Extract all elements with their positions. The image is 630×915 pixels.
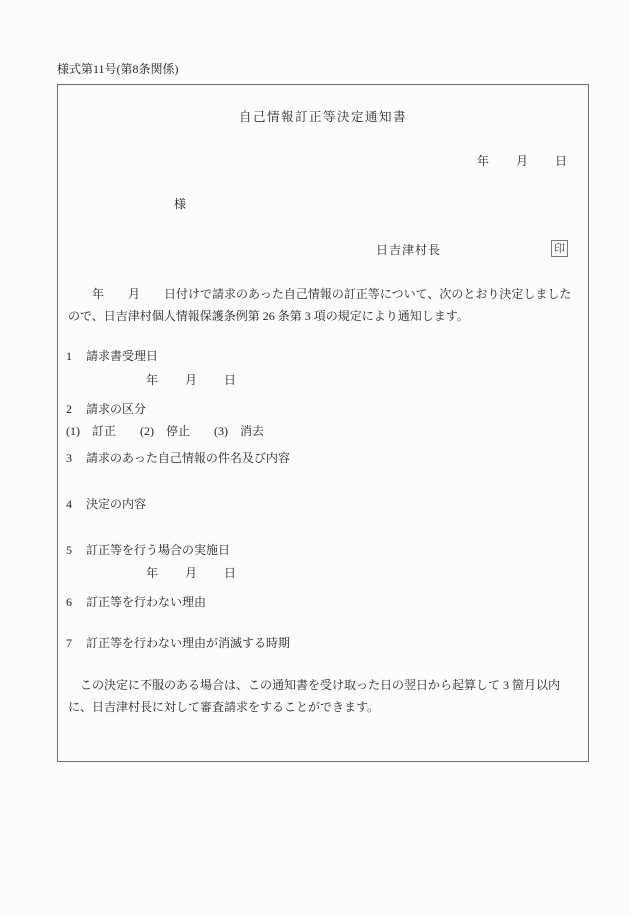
item-number: 1 — [66, 349, 72, 363]
list-item-5: 5訂正等を行う場合の実施日 — [66, 543, 230, 558]
list-item-6: 6訂正等を行わない理由 — [66, 595, 206, 610]
item-label: 請求のあった自己情報の件名及び内容 — [86, 451, 290, 465]
item-label: 決定の内容 — [86, 497, 146, 511]
body-paragraph: 年 月 日付けで請求のあった自己情報の訂正等について、次のとおり決定しましたので… — [68, 283, 583, 327]
document-title: 自己情報訂正等決定通知書 — [58, 110, 588, 126]
form-number-label: 様式第11号(第8条関係) — [57, 62, 179, 76]
item-2-options-line: (1) 訂正 (2) 停止 (3) 消去 — [66, 424, 264, 439]
list-item-1: 1請求書受理日 — [66, 349, 158, 364]
list-item-7: 7訂正等を行わない理由が消滅する時期 — [66, 636, 290, 651]
issue-date-line: 年 月 日 — [477, 154, 568, 169]
item-number: 3 — [66, 451, 72, 465]
seal-stamp-box: 印 — [551, 240, 568, 257]
item-number: 4 — [66, 497, 72, 511]
item-number: 5 — [66, 543, 72, 557]
item-label: 請求書受理日 — [86, 349, 158, 363]
issuer-name: 日吉津村長 — [376, 243, 441, 258]
item-5-date-line: 年 月 日 — [146, 566, 237, 581]
item-number: 2 — [66, 402, 72, 416]
item-label: 請求の区分 — [86, 402, 146, 416]
item-number: 6 — [66, 595, 72, 609]
list-item-4: 4決定の内容 — [66, 497, 146, 512]
list-item-2: 2請求の区分 — [66, 402, 146, 417]
item-1-date-line: 年 月 日 — [146, 373, 237, 388]
item-label: 訂正等を行わない理由が消滅する時期 — [86, 636, 290, 650]
addressee-honorific: 様 — [174, 197, 186, 212]
notice-sheet: 自己情報訂正等決定通知書 年 月 日 様 日吉津村長 印 年 月 日付けで請求の… — [57, 84, 589, 762]
item-label: 訂正等を行う場合の実施日 — [86, 543, 230, 557]
item-number: 7 — [66, 636, 72, 650]
list-item-3: 3請求のあった自己情報の件名及び内容 — [66, 451, 290, 466]
item-label: 訂正等を行わない理由 — [86, 595, 206, 609]
closing-paragraph: この決定に不服のある場合は、この通知書を受け取った日の翌日から起算して 3 箇月… — [68, 674, 583, 718]
